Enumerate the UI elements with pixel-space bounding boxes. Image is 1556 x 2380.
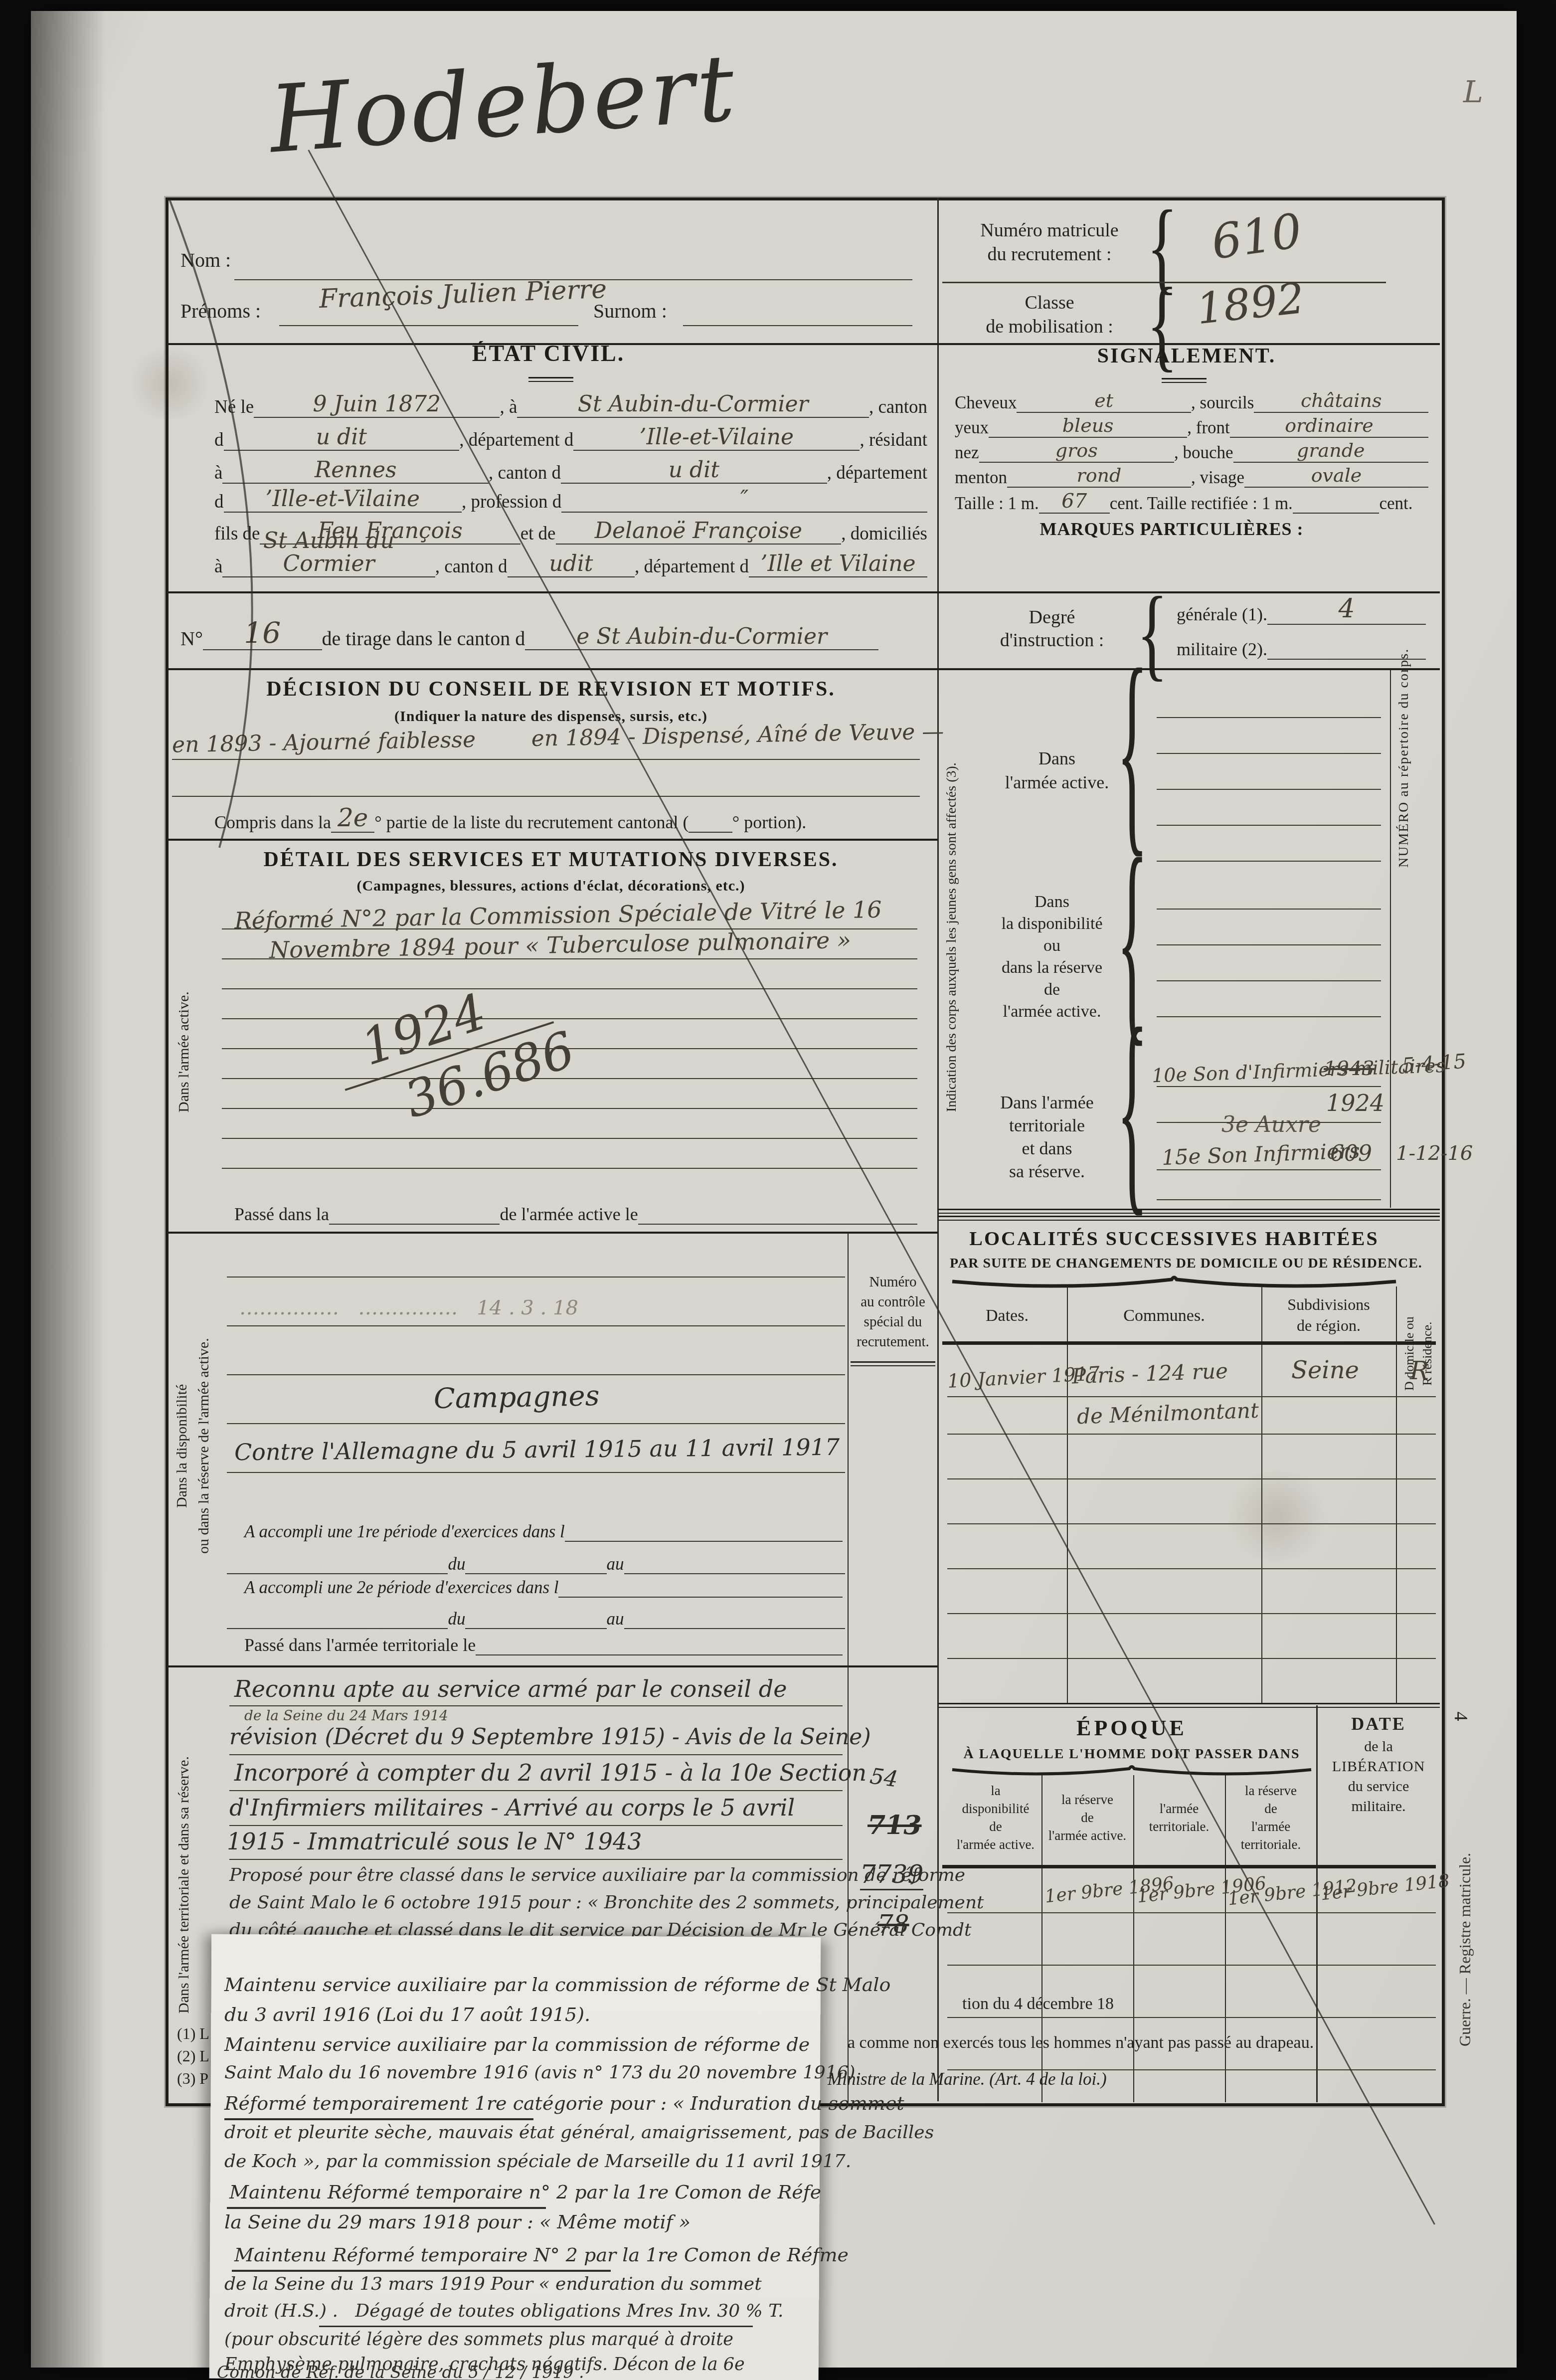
terr-rule-3 <box>1157 1169 1381 1170</box>
cancellation-curve <box>150 189 329 863</box>
epoque-col3-2: territoriale. <box>1133 1819 1225 1834</box>
cheveux-value: et <box>1017 391 1191 413</box>
loc-rule-7 <box>947 1658 1436 1659</box>
terr-entry-3-num: 609 <box>1330 1141 1372 1166</box>
terr-rule-4 <box>1157 1199 1381 1200</box>
sig-row-4: mentonrond, visageovale <box>955 463 1428 488</box>
note-4b: du 3 avril 1916 (Loi du 17 août 1915). <box>224 2004 590 2025</box>
footnote-frag-1: tion du 4 décembre 18 <box>962 1995 1114 2014</box>
terr-entry-3-date: 1-12-16 <box>1396 1142 1473 1165</box>
terr-label-1: Dans l'armée <box>967 1092 1127 1113</box>
localites-div-1 <box>1067 1286 1068 1703</box>
periode-1-label: A accompli une 1re période d'exercices d… <box>244 1522 565 1542</box>
terr-entry-1-num: 1943 <box>1324 1057 1375 1080</box>
terr-entry-1-num2: 1924 <box>1326 1090 1384 1116</box>
loc-rule-3 <box>947 1478 1436 1479</box>
localites-row1-dr: R <box>1410 1356 1429 1385</box>
svc-rule-7 <box>222 1108 917 1109</box>
visage-label: , visage <box>1191 468 1244 488</box>
localites-subtitle: PAR SUITE DE CHANGEMENTS DE DOMICILE OU … <box>950 1256 1398 1272</box>
periode-1-blank <box>565 1540 843 1542</box>
parents-departement: ’Ille et Vilaine <box>749 552 927 577</box>
epoque-rule-1 <box>947 1912 1436 1913</box>
footnote-3-stub: (3) P <box>177 2069 208 2088</box>
svc-rule-9 <box>222 1168 917 1169</box>
controle-column-divider <box>848 1232 849 2102</box>
passe-active-row: Passé dans la de l'armée active le <box>234 1197 917 1225</box>
label: , résidant <box>860 429 927 451</box>
dispo-label-1: Dans <box>977 893 1127 912</box>
dispo-label-6: l'armée active. <box>977 1002 1127 1021</box>
note-5: Maintenu service auxiliaire par la commi… <box>224 2033 810 2055</box>
footnote-frag-2: a comme non exercés tous les hommes n'ay… <box>848 2033 1314 2052</box>
instruction-label-1: Degré <box>977 606 1127 628</box>
label: , département d <box>459 429 573 451</box>
periode-2-row: A accompli une 2e période d'exercices da… <box>244 1572 843 1598</box>
note-7-underline <box>227 2207 546 2209</box>
pencil-note: …………… …………… 14 . 3 . 18 <box>239 1296 578 1319</box>
passe-territoriale-row: Passé dans l'armée territoriale le <box>244 1630 843 1655</box>
indication-vertical-label: Indication des corps auxquels les jeunes… <box>944 678 960 1197</box>
localites-col-dr-1: D domicile ou <box>1402 1284 1417 1424</box>
classe-label-1: Classe <box>960 292 1139 314</box>
box2-rule-1 <box>227 1277 845 1278</box>
yeux-label: yeux <box>955 418 989 438</box>
epoque-div-date <box>1316 1705 1318 2102</box>
services-side-label: Dans l'armée active. <box>175 922 192 1182</box>
box2-rule-5 <box>227 1472 845 1473</box>
epoque-col2-3: l'armée active. <box>1041 1828 1133 1843</box>
taille-label: Taille : 1 m. <box>955 494 1039 514</box>
note-2c: 1915 - Immatriculé sous le N° 1943 <box>227 1828 642 1855</box>
epoque-col1-4: l'armée active. <box>950 1837 1041 1852</box>
sig-row-taille: Taille : 1 m.67cent. Taille rectifiée : … <box>955 489 1428 514</box>
departement-value: ’Ille-et-Vilaine <box>573 426 860 451</box>
note-rule-1 <box>229 1705 843 1706</box>
controle-header-rule <box>851 1361 935 1366</box>
localites-title: LOCALITÉS SUCCESSIVES HABITÉES <box>950 1227 1398 1250</box>
epoque-date-label-3: LIBÉRATION <box>1316 1758 1441 1775</box>
label: , domiciliés <box>841 523 927 545</box>
note-2b: d'Infirmiers militaires - Arrivé au corp… <box>229 1794 795 1821</box>
front-value: ordinaire <box>1230 416 1428 438</box>
epoque-col2-1: la réserve <box>1041 1792 1133 1808</box>
surnom-label: Surnom : <box>593 299 667 323</box>
note-8c-underline <box>319 2326 753 2327</box>
note-8b: de la Seine du 13 mars 1919 Pour « endur… <box>224 2274 762 2294</box>
passe-territoriale-blank <box>476 1653 843 1655</box>
note-6: Réformé temporairement 1re catégorie pou… <box>224 2092 904 2114</box>
footnote-2-stub: (2) L <box>177 2047 209 2065</box>
cheveux-label: Cheveux <box>955 393 1017 413</box>
note-1c: révision (Décret du 9 Septembre 1915) - … <box>229 1724 871 1750</box>
signalement-bottom-rule <box>937 591 1440 593</box>
spine-edge-label: Guerre. — Registre matricule. <box>1456 1745 1474 2154</box>
localites-col-dr-2: R résidence. <box>1420 1284 1435 1424</box>
svc-rule-8 <box>222 1138 917 1139</box>
loc-rule-6 <box>947 1613 1436 1614</box>
periode-2-dates-row: du au <box>227 1603 845 1629</box>
terr-entry-2: 3e Auxre <box>1221 1112 1321 1137</box>
du-label: du <box>448 1554 465 1574</box>
signalement-dash <box>1162 378 1207 383</box>
front-label: , front <box>1187 418 1230 438</box>
dispo-side-label-2: ou dans la réserve de l'armée active. <box>195 1247 212 1646</box>
epoque-date-label-1: DATE <box>1316 1713 1441 1734</box>
terr-label-4: sa réserve. <box>967 1161 1127 1182</box>
epoque-date-label-4: du service <box>1316 1778 1441 1795</box>
sourcils-label: , sourcils <box>1191 393 1254 413</box>
instruction-generale-row: générale (1).4 <box>1177 596 1426 625</box>
label: et de <box>520 523 556 545</box>
note-9c: Comon de Réf. de la Seine du 5 / 12 / 19… <box>217 2363 584 2380</box>
note-1b: de la Seine du 24 Mars 1914 <box>244 1707 448 1724</box>
note-3: Proposé pour être classé dans le service… <box>229 1865 965 1885</box>
nez-label: nez <box>955 443 979 463</box>
blank <box>227 1627 448 1629</box>
localites-top-rule <box>937 1216 1440 1221</box>
active-label-1: Dans <box>992 748 1122 769</box>
epoque-date-label-2: de la <box>1316 1738 1441 1755</box>
generale-label: générale (1). <box>1177 604 1267 625</box>
epoque-col4-1: la réserve <box>1225 1783 1317 1799</box>
localites-col-communes: Communes. <box>1067 1306 1261 1325</box>
note-rule-4 <box>229 1825 843 1826</box>
classe-label-2: de mobilisation : <box>960 316 1139 338</box>
epoque-col4-2: de <box>1225 1801 1317 1817</box>
corner-mark: L <box>1463 75 1483 110</box>
label: , canton d <box>489 462 561 484</box>
note-8c: droit (H.S.) . Dégagé de toutes obligati… <box>224 2301 783 2321</box>
passe-territoriale-label: Passé dans l'armée territoriale le <box>244 1635 476 1655</box>
surnom-rule <box>683 325 912 326</box>
disp-rule-4 <box>1157 1016 1381 1017</box>
tirage-rest-label: de tirage dans le canton d <box>322 627 525 650</box>
note-9: (pour obscurité légère des sommets plus … <box>224 2330 733 2350</box>
loc-rule-2 <box>947 1434 1436 1435</box>
epoque-rule-4 <box>947 2069 1436 2070</box>
sig-row-1: Cheveuxet, sourcilschâtains <box>955 388 1428 413</box>
sig-row-2: yeuxbleus, frontordinaire <box>955 413 1428 438</box>
visage-value: ovale <box>1244 466 1428 488</box>
terr-label-2: territoriale <box>967 1115 1127 1136</box>
localites-col-subdiv-2: de région. <box>1261 1316 1396 1335</box>
act-rule-2 <box>1157 753 1381 754</box>
mother-name: Delanoë Françoise <box>556 520 842 545</box>
localites-col-subdiv-1: Subdivisions <box>1261 1295 1396 1314</box>
du-label: du <box>448 1609 465 1629</box>
yeux-value: bleus <box>989 416 1187 438</box>
au-label: au <box>607 1609 624 1629</box>
note-3b: de Saint Malo le 6 octobre 1915 pour : «… <box>229 1892 984 1913</box>
militaire-label: militaire (2). <box>1177 639 1267 660</box>
label: , département d <box>635 556 749 577</box>
note-6c: de Koch », par la commission spéciale de… <box>224 2151 851 2172</box>
epoque-col4-4: territoriale. <box>1225 1837 1317 1852</box>
footnote-frag-3: Ministre de la Marine. (Art. 4 de la loi… <box>828 2069 1107 2089</box>
dispo-label-4: dans la réserve <box>977 958 1127 977</box>
box2-rule-2 <box>227 1325 845 1326</box>
note-rule-2 <box>229 1754 843 1755</box>
controle-header-4: recrutement. <box>851 1334 935 1350</box>
nez-value: gros <box>979 441 1174 463</box>
parents-canton: udit <box>508 552 635 577</box>
box2-bottom-rule <box>166 1665 937 1667</box>
epoque-rule-2 <box>947 1965 1436 1966</box>
note-rule-3 <box>229 1790 843 1791</box>
matricule-label-1: Numéro matricule <box>960 219 1139 241</box>
periode-1-row: A accompli une 1re période d'exercices d… <box>244 1516 843 1542</box>
note-5b: Saint Malo du 16 novembre 1916 (avis n° … <box>224 2062 861 2083</box>
bouche-label: , bouche <box>1174 443 1233 463</box>
epoque-col2-2: de <box>1041 1810 1133 1826</box>
repertoire-divider <box>1390 669 1391 1208</box>
instruction-militaire-row: militaire (2). <box>1177 631 1426 660</box>
scanned-register-page: L Hodebert Nom : Prénoms : François Juli… <box>0 0 1556 2380</box>
book-spine-shadow <box>31 11 106 2368</box>
services-subtitle: (Campagnes, blessures, actions d'éclat, … <box>214 878 887 895</box>
campagnes-note: Contre l'Allemagne du 5 avril 1915 au 11… <box>234 1434 840 1466</box>
instruction-bottom-rule <box>937 668 1440 670</box>
note-6b: droit et pleurite sèche, mauvais état gé… <box>224 2122 934 2143</box>
act-rule-1 <box>1157 717 1381 718</box>
main-column-divider <box>937 197 939 2101</box>
controle-header-3: spécial du <box>851 1314 935 1330</box>
au-label: au <box>607 1554 624 1574</box>
box2-rule-4 <box>227 1423 845 1424</box>
profession-value: ″ <box>561 488 927 513</box>
note-1: Reconnu apte au service armé par le cons… <box>234 1675 787 1702</box>
loc-rule-5 <box>947 1568 1436 1569</box>
epoque-title: ÉPOQUE <box>950 1715 1314 1741</box>
right-panel-bottom-rule <box>937 1209 1440 1214</box>
bouche-value: grande <box>1233 441 1428 463</box>
page-number: 4 <box>1450 1712 1472 1721</box>
blank <box>624 1627 845 1629</box>
disp-rule-3 <box>1157 980 1381 981</box>
terr-label-3: et dans <box>967 1138 1127 1159</box>
controle-header-2: au contrôle <box>851 1294 935 1310</box>
etat-civil-dash <box>528 377 573 382</box>
taille-rectifiee-value <box>1293 512 1380 514</box>
note-8: Maintenu Réformé temporaire N° 2 par la … <box>234 2244 849 2266</box>
dispo-side-label-1: Dans la disponibilité <box>173 1257 190 1636</box>
label: , profession d <box>462 491 561 513</box>
localites-div-3 <box>1396 1286 1397 1703</box>
epoque-date-label-5: militaire. <box>1316 1798 1441 1815</box>
epoque-header-rule <box>942 1865 1436 1868</box>
taille-rectifiee-label: cent. Taille rectifiée : 1 m. <box>1110 494 1293 514</box>
note-7: Maintenu Réformé temporaire n° 2 par la … <box>229 2181 821 2203</box>
note-rule-5 <box>229 1859 843 1860</box>
act-rule-3 <box>1157 789 1381 790</box>
compris-portion <box>689 831 732 833</box>
passe-label-b: de l'armée active le <box>500 1204 638 1225</box>
taille-value: 67 <box>1039 491 1110 514</box>
terr-entry-1-date: 5-4-15 <box>1401 1050 1467 1078</box>
label: , canton d <box>435 556 508 577</box>
epoque-col1-3: de <box>950 1819 1041 1834</box>
passe-blank-1 <box>329 1223 500 1225</box>
services-bottom-rule <box>166 1232 937 1234</box>
margin-num-713: 713 <box>867 1810 922 1840</box>
active-label-2: l'armée active. <box>992 772 1122 793</box>
periode-2-blank <box>558 1596 843 1598</box>
note-2: Incorporé à compter du 2 avril 1915 - à … <box>234 1759 866 1786</box>
etat-civil-title: ÉTAT CIVIL. <box>349 340 748 366</box>
numero-repertoire-vertical-label: NUMÉRO au répertoire du corps. <box>1396 678 1412 868</box>
label: , à <box>500 396 517 418</box>
note-8-underline <box>232 2270 611 2272</box>
instruction-label-2: d'instruction : <box>977 629 1127 651</box>
menton-value: rond <box>1007 466 1191 488</box>
localites-row1-subdiv: Seine <box>1291 1356 1359 1384</box>
menton-label: menton <box>955 468 1007 488</box>
terr-brace <box>1117 1027 1148 1192</box>
label: , département <box>827 462 927 484</box>
margin-num-54: 54 <box>868 1763 900 1792</box>
loc-rule-1 <box>947 1396 1436 1397</box>
terr-rule-1 <box>1157 1086 1381 1087</box>
loc-rule-4 <box>947 1523 1436 1524</box>
sourcils-value: châtains <box>1254 391 1428 413</box>
swash-divider <box>950 1273 1398 1290</box>
note-6-underline <box>224 2118 533 2120</box>
epoque-top-rule <box>937 1703 1440 1708</box>
periode-1-dates-row: du au <box>227 1548 845 1574</box>
marques-label: MARQUES PARTICULIÈRES : <box>997 519 1346 540</box>
epoque-rule-3 <box>947 2017 1436 2018</box>
birth-place: St Aubin-du-Cormier <box>517 393 868 418</box>
epoque-subtitle: À LAQUELLE L'HOMME DOIT PASSER DANS <box>950 1746 1314 1762</box>
blank <box>465 1627 606 1629</box>
passe-label-a: Passé dans la <box>234 1204 329 1225</box>
epoque-col1-1: la <box>950 1783 1041 1799</box>
epoque-swash <box>950 1763 1314 1778</box>
periode-2-label: A accompli une 2e période d'exercices da… <box>244 1578 558 1598</box>
dispo-label-5: de <box>977 980 1127 999</box>
localites-col-dates: Dates. <box>950 1306 1064 1325</box>
signalement-title: SIGNALEMENT. <box>987 344 1386 368</box>
residence-canton: u dit <box>561 459 827 484</box>
disp-rule-2 <box>1157 944 1381 945</box>
epoque-col1-2: disponibilité <box>950 1801 1041 1817</box>
dispo-label-3: ou <box>977 936 1127 955</box>
footnote-1-stub: (1) L <box>177 2024 209 2043</box>
note-7b: la Seine du 29 mars 1918 pour : « Même m… <box>224 2211 691 2233</box>
label: , canton <box>869 396 927 418</box>
act-rule-4 <box>1157 825 1381 826</box>
act-rule-5 <box>1157 861 1381 862</box>
epoque-col4-3: l'armée <box>1225 1819 1317 1834</box>
generale-value: 4 <box>1267 595 1426 625</box>
terr-rule-2 <box>1157 1122 1381 1123</box>
compris-partie: 2e <box>331 805 374 833</box>
matricule-label-2: du recrutement : <box>960 243 1139 265</box>
compris-label-c: ° portion). <box>732 812 806 833</box>
taille-end-label: cent. <box>1379 494 1412 514</box>
localites-header-rule <box>942 1341 1436 1345</box>
passe-blank-2 <box>638 1223 917 1225</box>
box2-rule-3 <box>227 1374 845 1375</box>
disp-rule-1 <box>1157 909 1381 910</box>
sig-row-3: nezgros, bouchegrande <box>955 438 1428 463</box>
localites-div-2 <box>1261 1286 1262 1703</box>
campagnes-title: Campagnes <box>433 1380 599 1415</box>
note-4: Maintenu service auxiliaire par la commi… <box>224 1974 890 1996</box>
dispo-label-2: la disponibilité <box>977 915 1127 933</box>
compris-label-b: ° partie de la liste du recrutement cant… <box>374 812 689 833</box>
